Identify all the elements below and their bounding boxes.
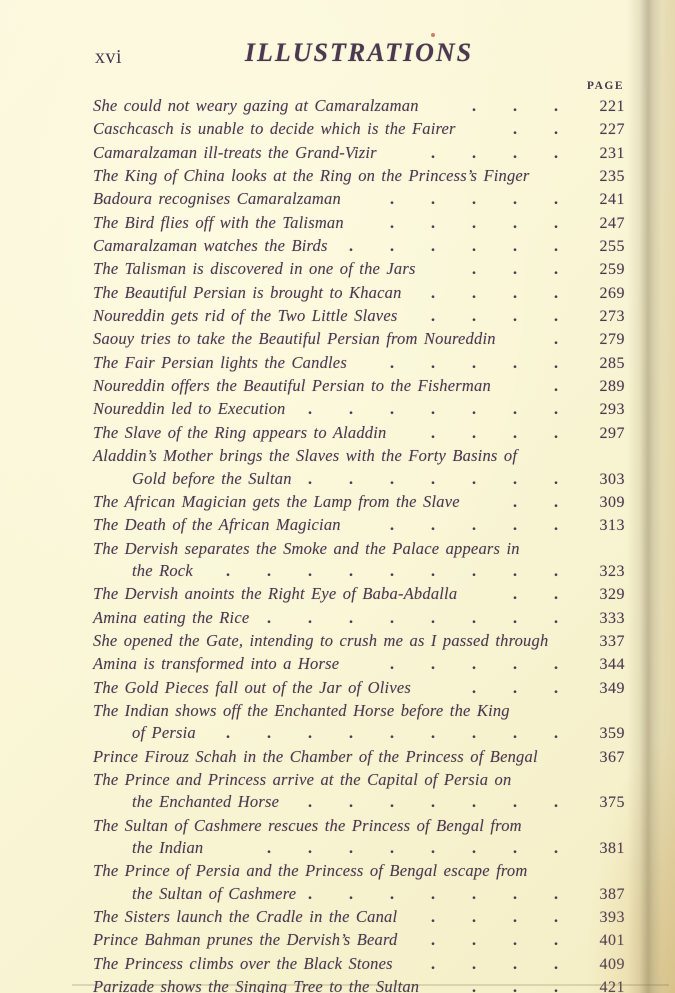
leader-dots: ... <box>419 96 585 118</box>
page-number: 235 <box>585 166 625 188</box>
illustration-title: The Princess climbs over the Black Stone… <box>93 953 393 975</box>
toc-entry: Camaralzaman ill-treats the Grand-Vizir.… <box>93 142 625 165</box>
leader-dot: . <box>349 399 353 421</box>
leader-dots: . <box>491 376 585 398</box>
toc-entry: Saouy tries to take the Beautiful Persia… <box>93 328 625 351</box>
toc-entry: Caschcasch is unable to decide which is … <box>93 118 625 141</box>
leader-dot: . <box>308 399 312 421</box>
illustrations-list: She could not weary gazing at Camaralzam… <box>93 95 625 993</box>
page-content: xvi ILLUSTRATIONS PAGE She could not wea… <box>93 0 625 993</box>
leader-dot: . <box>554 907 558 929</box>
entry-line: of Persia.........359 <box>93 722 625 745</box>
entry-line: The African Magician gets the Lamp from … <box>93 491 625 514</box>
leader-dot: . <box>431 213 435 235</box>
leader-dot: . <box>513 306 517 328</box>
entry-line: Noureddin offers the Beautiful Persian t… <box>93 375 625 398</box>
leader-dot: . <box>267 723 271 745</box>
leader-dot: . <box>513 213 517 235</box>
toc-entry: The Talisman is discovered in one of the… <box>93 258 625 281</box>
leader-dot: . <box>554 930 558 952</box>
leader-dot: . <box>431 515 435 537</box>
page-number: 255 <box>585 236 625 258</box>
entry-line: the Indian........381 <box>93 837 625 860</box>
page-number: 303 <box>585 469 625 491</box>
entry-line: Prince Bahman prunes the Dervish’s Beard… <box>93 929 625 952</box>
page-gutter-shadow <box>627 0 675 993</box>
leader-dots: .. <box>460 492 585 514</box>
entry-line: The Sultan of Cashmere rescues the Princ… <box>93 815 625 837</box>
toc-entry: The Death of the African Magician.....31… <box>93 514 625 537</box>
illustration-title: Caschcasch is unable to decide which is … <box>93 118 456 140</box>
leader-dot: . <box>390 236 394 258</box>
leader-dot: . <box>349 469 353 491</box>
toc-entry: Amina is transformed into a Horse.....34… <box>93 653 625 676</box>
leader-dot: . <box>472 143 476 165</box>
leader-dot: . <box>554 654 558 676</box>
page-number: 221 <box>585 96 625 118</box>
leader-dot: . <box>472 792 476 814</box>
entry-line: Badoura recognises Camaralzaman.....241 <box>93 188 625 211</box>
page-number: 313 <box>585 515 625 537</box>
page-number: 273 <box>585 306 625 328</box>
illustration-title: Badoura recognises Camaralzaman <box>93 188 341 210</box>
leader-dot: . <box>513 654 517 676</box>
illustration-title: The Prince and Princess arrive at the Ca… <box>93 769 511 791</box>
leader-dot: . <box>513 930 517 952</box>
entry-line: the Sultan of Cashmere.......387 <box>93 883 625 906</box>
entry-line: The Princess climbs over the Black Stone… <box>93 953 625 976</box>
leader-dot: . <box>390 608 394 630</box>
leader-dot: . <box>513 608 517 630</box>
leader-dots: .... <box>397 907 585 929</box>
leader-dot: . <box>554 119 558 141</box>
page-number: 289 <box>585 376 625 398</box>
page-title: ILLUSTRATIONS <box>93 38 625 68</box>
illustration-title: The Prince of Persia and the Princess of… <box>93 860 527 882</box>
illustration-title: The King of China looks at the Ring on t… <box>93 165 530 187</box>
leader-dot: . <box>431 283 435 305</box>
leader-dot: . <box>267 561 271 583</box>
leader-dot: . <box>390 792 394 814</box>
leader-dot: . <box>472 259 476 281</box>
illustration-title: The Beautiful Persian is brought to Khac… <box>93 282 402 304</box>
leader-dot: . <box>554 884 558 906</box>
entry-line: Noureddin gets rid of the Two Little Sla… <box>93 305 625 328</box>
leader-dot: . <box>554 213 558 235</box>
leader-dot: . <box>513 584 517 606</box>
leader-dot: . <box>554 306 558 328</box>
leader-dots: .... <box>397 306 585 328</box>
leader-dot: . <box>554 143 558 165</box>
illustration-title: The Sultan of Cashmere rescues the Princ… <box>93 815 522 837</box>
page-number: 329 <box>585 584 625 606</box>
toc-entry: Amina eating the Rice........333 <box>93 607 625 630</box>
illustration-title: Amina is transformed into a Horse <box>93 653 339 675</box>
leader-dot: . <box>554 492 558 514</box>
entry-line: The Death of the African Magician.....31… <box>93 514 625 537</box>
toc-entry: The Fair Persian lights the Candles.....… <box>93 352 625 375</box>
leader-dot: . <box>472 884 476 906</box>
leader-dot: . <box>349 884 353 906</box>
leader-dot: . <box>267 608 271 630</box>
page-number: 337 <box>585 631 625 653</box>
entry-line: The Dervish anoints the Right Eye of Bab… <box>93 583 625 606</box>
leader-dot: . <box>431 423 435 445</box>
leader-dot: . <box>390 515 394 537</box>
entry-line: the Enchanted Horse.......375 <box>93 791 625 814</box>
illustration-title: Gold before the Sultan <box>132 468 292 490</box>
leader-dot: . <box>390 399 394 421</box>
illustration-title: The Talisman is discovered in one of the… <box>93 258 416 280</box>
entry-line: Saouy tries to take the Beautiful Persia… <box>93 328 625 351</box>
toc-entry: The African Magician gets the Lamp from … <box>93 491 625 514</box>
leader-dot: . <box>554 353 558 375</box>
leader-dot: . <box>513 678 517 700</box>
leader-dot: . <box>554 561 558 583</box>
leader-dot: . <box>472 353 476 375</box>
page-number: 344 <box>585 654 625 676</box>
leader-dot: . <box>554 96 558 118</box>
leader-dot: . <box>472 608 476 630</box>
leader-dot: . <box>554 954 558 976</box>
leader-dot: . <box>431 723 435 745</box>
leader-dot: . <box>390 723 394 745</box>
leader-dot: . <box>513 143 517 165</box>
leader-dot: . <box>226 723 230 745</box>
leader-dot: . <box>349 561 353 583</box>
leader-dots: .... <box>386 423 585 445</box>
leader-dot: . <box>308 561 312 583</box>
illustration-title: Prince Firouz Schah in the Chamber of th… <box>93 746 538 768</box>
entry-line: Aladdin’s Mother brings the Slaves with … <box>93 445 625 467</box>
leader-dot: . <box>390 654 394 676</box>
leader-dots: ..... <box>344 213 585 235</box>
toc-entry: The Princess climbs over the Black Stone… <box>93 953 625 976</box>
page-number: 309 <box>585 492 625 514</box>
leader-dot: . <box>390 884 394 906</box>
leader-dots: ....... <box>279 792 585 814</box>
illustration-title: Amina eating the Rice <box>93 607 249 629</box>
leader-dot: . <box>472 654 476 676</box>
leader-dot: . <box>431 654 435 676</box>
toc-entry: The Slave of the Ring appears to Aladdin… <box>93 422 625 445</box>
leader-dots: ..... <box>341 515 585 537</box>
leader-dot: . <box>431 792 435 814</box>
leader-dot: . <box>554 792 558 814</box>
illustration-title: Noureddin offers the Beautiful Persian t… <box>93 375 491 397</box>
entry-line: The Fair Persian lights the Candles.....… <box>93 352 625 375</box>
page-number: 333 <box>585 608 625 630</box>
leader-dot: . <box>513 259 517 281</box>
toc-entry: Camaralzaman watches the Birds......255 <box>93 235 625 258</box>
entry-line: The Gold Pieces fall out of the Jar of O… <box>93 677 625 700</box>
page-number: 269 <box>585 283 625 305</box>
leader-dots: .. <box>457 584 585 606</box>
leader-dot: . <box>472 678 476 700</box>
leader-dot: . <box>554 236 558 258</box>
leader-dot: . <box>554 469 558 491</box>
leader-dot: . <box>513 515 517 537</box>
leader-dots: ...... <box>328 236 585 258</box>
page-number: 231 <box>585 143 625 165</box>
leader-dot: . <box>513 561 517 583</box>
entry-line: She opened the Gate, intending to crush … <box>93 630 625 653</box>
illustration-title: Prince Bahman prunes the Dervish’s Beard <box>93 929 397 951</box>
leader-dot: . <box>472 96 476 118</box>
leader-dots: ......... <box>196 723 585 745</box>
leader-dot: . <box>554 283 558 305</box>
leader-dot: . <box>431 954 435 976</box>
toc-entry: The Prince and Princess arrive at the Ca… <box>93 769 625 815</box>
leader-dot: . <box>554 329 558 351</box>
leader-dots: .... <box>377 143 585 165</box>
illustration-title: The Indian shows off the Enchanted Horse… <box>93 700 510 722</box>
leader-dot: . <box>513 236 517 258</box>
entry-line: The Dervish separates the Smoke and the … <box>93 538 625 560</box>
leader-dot: . <box>513 469 517 491</box>
toc-entry: The Sultan of Cashmere rescues the Princ… <box>93 815 625 861</box>
leader-dot: . <box>554 723 558 745</box>
illustration-title: Aladdin’s Mother brings the Slaves with … <box>93 445 517 467</box>
entry-line: Amina eating the Rice........333 <box>93 607 625 630</box>
entry-line: Camaralzaman watches the Birds......255 <box>93 235 625 258</box>
leader-dots: .. <box>456 119 585 141</box>
leader-dot: . <box>472 236 476 258</box>
page-number: 297 <box>585 423 625 445</box>
leader-dot: . <box>431 907 435 929</box>
leader-dot: . <box>554 376 558 398</box>
toc-entry: Noureddin offers the Beautiful Persian t… <box>93 375 625 398</box>
illustration-title: Camaralzaman watches the Birds <box>93 235 328 257</box>
entry-line: The Prince of Persia and the Princess of… <box>93 860 625 882</box>
illustration-title: The Sisters launch the Cradle in the Can… <box>93 906 397 928</box>
leader-dot: . <box>308 608 312 630</box>
entry-line: Noureddin led to Execution.......293 <box>93 398 625 421</box>
leader-dot: . <box>431 838 435 860</box>
toc-entry: Prince Firouz Schah in the Chamber of th… <box>93 746 625 769</box>
toc-entry: The Sisters launch the Cradle in the Can… <box>93 906 625 929</box>
leader-dot: . <box>390 469 394 491</box>
illustration-title: Noureddin led to Execution <box>93 398 286 420</box>
page-number: 293 <box>585 399 625 421</box>
leader-dot: . <box>472 213 476 235</box>
leader-dot: . <box>308 469 312 491</box>
illustration-title: The Slave of the Ring appears to Aladdin <box>93 422 386 444</box>
leader-dot: . <box>554 399 558 421</box>
page-number: 241 <box>585 189 625 211</box>
leader-dot: . <box>472 930 476 952</box>
leader-dot: . <box>349 236 353 258</box>
toc-entry: Aladdin’s Mother brings the Slaves with … <box>93 445 625 491</box>
leader-dot: . <box>431 930 435 952</box>
toc-entry: The King of China looks at the Ring on t… <box>93 165 625 188</box>
toc-entry: Badoura recognises Camaralzaman.....241 <box>93 188 625 211</box>
toc-entry: The Beautiful Persian is brought to Khac… <box>93 282 625 305</box>
leader-dot: . <box>431 143 435 165</box>
toc-entry: Noureddin gets rid of the Two Little Sla… <box>93 305 625 328</box>
leader-dot: . <box>554 189 558 211</box>
entry-line: The Indian shows off the Enchanted Horse… <box>93 700 625 722</box>
leader-dot: . <box>431 306 435 328</box>
illustration-title: the Sultan of Cashmere <box>132 883 296 905</box>
leader-dot: . <box>554 515 558 537</box>
leader-dots: . <box>496 329 585 351</box>
toc-entry: The Dervish separates the Smoke and the … <box>93 538 625 584</box>
leader-dot: . <box>349 792 353 814</box>
leader-dot: . <box>431 189 435 211</box>
page-number: 323 <box>585 561 625 583</box>
leader-dot: . <box>349 608 353 630</box>
leader-dot: . <box>554 678 558 700</box>
illustration-title: She could not weary gazing at Camaralzam… <box>93 95 419 117</box>
leader-dot: . <box>390 838 394 860</box>
toc-entry: The Prince of Persia and the Princess of… <box>93 860 625 906</box>
illustration-title: The Dervish anoints the Right Eye of Bab… <box>93 583 457 605</box>
leader-dots: ..... <box>341 189 585 211</box>
entry-line: Caschcasch is unable to decide which is … <box>93 118 625 141</box>
leader-dot: . <box>513 119 517 141</box>
leader-dot: . <box>554 259 558 281</box>
leader-dots: .... <box>402 283 585 305</box>
leader-dots: ......... <box>193 561 585 583</box>
leader-dot: . <box>431 399 435 421</box>
leader-dot: . <box>513 838 517 860</box>
leader-dot: . <box>513 353 517 375</box>
leader-dots: ....... <box>286 399 585 421</box>
leader-dot: . <box>431 561 435 583</box>
leader-dot: . <box>554 838 558 860</box>
leader-dot: . <box>472 423 476 445</box>
toc-entry: The Indian shows off the Enchanted Horse… <box>93 700 625 746</box>
toc-entry: Noureddin led to Execution.......293 <box>93 398 625 421</box>
leader-dot: . <box>431 236 435 258</box>
illustration-title: Noureddin gets rid of the Two Little Sla… <box>93 305 397 327</box>
entry-line: Camaralzaman ill-treats the Grand-Vizir.… <box>93 142 625 165</box>
illustration-title: the Enchanted Horse <box>132 791 279 813</box>
leader-dot: . <box>513 283 517 305</box>
leader-dot: . <box>349 723 353 745</box>
leader-dot: . <box>308 792 312 814</box>
leader-dot: . <box>349 838 353 860</box>
leader-dots: ..... <box>347 353 585 375</box>
leader-dot: . <box>472 515 476 537</box>
illustration-title: of Persia <box>132 722 196 744</box>
leader-dot: . <box>513 492 517 514</box>
entry-line: The Beautiful Persian is brought to Khac… <box>93 282 625 305</box>
leader-dot: . <box>513 907 517 929</box>
illustration-title: the Rock <box>132 560 193 582</box>
illustration-title: The Dervish separates the Smoke and the … <box>93 538 520 560</box>
page-number: 279 <box>585 329 625 351</box>
page-number: 285 <box>585 353 625 375</box>
leader-dot: . <box>390 561 394 583</box>
entry-line: The Slave of the Ring appears to Aladdin… <box>93 422 625 445</box>
illustration-title: The Bird flies off with the Talisman <box>93 212 344 234</box>
leader-dot: . <box>472 189 476 211</box>
leader-dot: . <box>431 469 435 491</box>
leader-dots: ........ <box>249 608 585 630</box>
page-number: 227 <box>585 119 625 141</box>
toc-entry: The Bird flies off with the Talisman....… <box>93 212 625 235</box>
leader-dot: . <box>267 838 271 860</box>
leader-dot: . <box>431 353 435 375</box>
leader-dot: . <box>472 283 476 305</box>
entry-line: Prince Firouz Schah in the Chamber of th… <box>93 746 625 769</box>
entry-line: The King of China looks at the Ring on t… <box>93 165 625 188</box>
leader-dot: . <box>308 723 312 745</box>
leader-dot: . <box>513 792 517 814</box>
entry-line: She could not weary gazing at Camaralzam… <box>93 95 625 118</box>
leader-dot: . <box>554 423 558 445</box>
leader-dot: . <box>513 96 517 118</box>
leader-dot: . <box>390 353 394 375</box>
leader-dot: . <box>554 584 558 606</box>
leader-dot: . <box>472 469 476 491</box>
entry-line: The Prince and Princess arrive at the Ca… <box>93 769 625 791</box>
toc-entry: She opened the Gate, intending to crush … <box>93 630 625 653</box>
leader-dot: . <box>431 884 435 906</box>
entry-line: The Sisters launch the Cradle in the Can… <box>93 906 625 929</box>
toc-entry: The Gold Pieces fall out of the Jar of O… <box>93 677 625 700</box>
leader-dot: . <box>226 561 230 583</box>
illustration-title: The African Magician gets the Lamp from … <box>93 491 460 513</box>
leader-dot: . <box>472 723 476 745</box>
illustration-title: The Gold Pieces fall out of the Jar of O… <box>93 677 411 699</box>
illustration-title: The Death of the African Magician <box>93 514 341 536</box>
entry-line: The Talisman is discovered in one of the… <box>93 258 625 281</box>
leader-dot: . <box>390 189 394 211</box>
page-number: 259 <box>585 259 625 281</box>
leader-dot: . <box>513 423 517 445</box>
leader-dot: . <box>431 608 435 630</box>
page-number: 247 <box>585 213 625 235</box>
scan-artifact-line <box>72 984 669 986</box>
leader-dot: . <box>513 723 517 745</box>
leader-dot: . <box>472 907 476 929</box>
illustration-title: Saouy tries to take the Beautiful Persia… <box>93 328 496 350</box>
leader-dot: . <box>513 954 517 976</box>
leader-dots: ....... <box>296 884 585 906</box>
leader-dot: . <box>513 399 517 421</box>
illustration-title: Camaralzaman ill-treats the Grand-Vizir <box>93 142 377 164</box>
illustration-title: She opened the Gate, intending to crush … <box>93 630 548 652</box>
leader-dot: . <box>390 213 394 235</box>
leader-dot: . <box>513 189 517 211</box>
toc-entry: Prince Bahman prunes the Dervish’s Beard… <box>93 929 625 952</box>
entry-line: the Rock.........323 <box>93 560 625 583</box>
toc-entry: She could not weary gazing at Camaralzam… <box>93 95 625 118</box>
illustration-title: The Fair Persian lights the Candles <box>93 352 347 374</box>
illustration-title: the Indian <box>132 837 203 859</box>
leader-dot: . <box>308 884 312 906</box>
leader-dot: . <box>472 561 476 583</box>
leader-dots: ... <box>416 259 585 281</box>
leader-dot: . <box>554 608 558 630</box>
leader-dot: . <box>513 884 517 906</box>
entry-line: Gold before the Sultan.......303 <box>93 468 625 491</box>
leader-dot: . <box>472 838 476 860</box>
leader-dots: .... <box>393 954 585 976</box>
leader-dots: ..... <box>339 654 585 676</box>
leader-dot: . <box>308 838 312 860</box>
book-page: xvi ILLUSTRATIONS PAGE She could not wea… <box>0 0 675 993</box>
entry-line: Amina is transformed into a Horse.....34… <box>93 653 625 676</box>
leader-dots: ........ <box>203 838 585 860</box>
leader-dot: . <box>472 306 476 328</box>
page-column-header: PAGE <box>587 80 624 92</box>
leader-dot: . <box>472 954 476 976</box>
leader-dots: ....... <box>292 469 585 491</box>
